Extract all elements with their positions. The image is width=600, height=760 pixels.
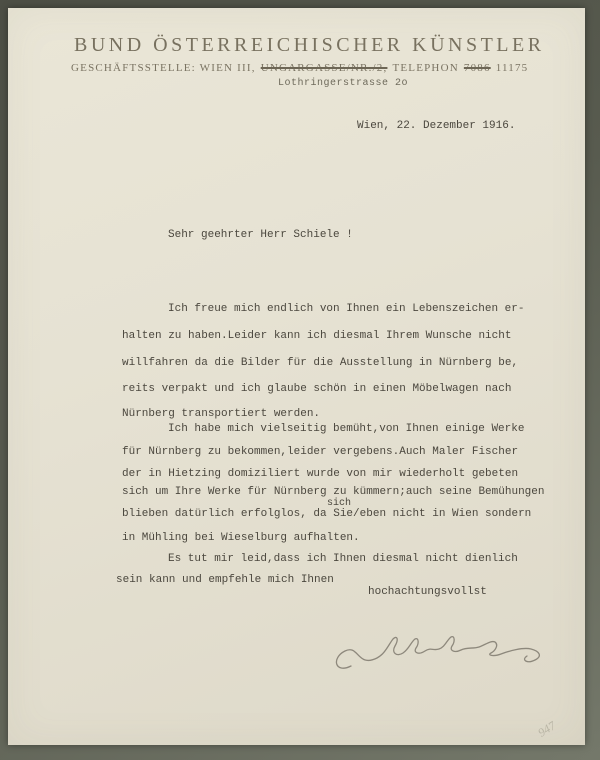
signature-icon	[331, 626, 559, 684]
office-prefix: GESCHÄFTSSTELLE: WIEN III,	[71, 62, 256, 74]
body-line: Es tut mir leid,dass ich Ihnen diesmal n…	[168, 553, 518, 566]
body-line: für Nürnberg zu bekommen,leider vergeben…	[122, 446, 518, 459]
struck-old-address: UNGARGASSE/NR./2,	[261, 62, 388, 74]
body-line: sein kann und empfehle mich Ihnen	[116, 574, 334, 587]
interlinear-insertion: sich	[327, 497, 351, 510]
organization-name: BUND ÖSTERREICHISCHER KÜNSTLER	[74, 34, 545, 57]
letter-sheet: BUND ÖSTERREICHISCHER KÜNSTLER GESCHÄFTS…	[8, 8, 585, 745]
phone-number: 11175	[496, 62, 529, 74]
body-line: halten zu haben.Leider kann ich diesmal …	[122, 330, 511, 343]
telephone-label: TELEPHON	[392, 62, 458, 74]
body-line: willfahren da die Bilder für die Ausstel…	[122, 357, 518, 370]
signature-handwriting	[313, 608, 559, 707]
body-line: Ich freue mich endlich von Ihnen ein Leb…	[168, 303, 524, 316]
body-line: Nürnberg transportiert werden.	[122, 408, 320, 421]
struck-old-phone: 7086	[464, 62, 491, 74]
date-line: Wien, 22. Dezember 1916.	[357, 120, 515, 133]
body-line: reits verpakt und ich glaube schön in ei…	[122, 383, 511, 396]
archive-number: 947	[535, 718, 558, 740]
office-address-line: GESCHÄFTSSTELLE: WIEN III,UNGARGASSE/NR.…	[71, 62, 528, 74]
typed-address-correction: Lothringerstrasse 2o	[278, 78, 408, 89]
body-line: Ich habe mich vielseitig bemüht,von Ihne…	[168, 423, 524, 436]
body-line: der in Hietzing domiziliert wurde von mi…	[122, 468, 518, 481]
closing-formula: hochachtungsvollst	[368, 586, 487, 599]
body-line: in Mühling bei Wieselburg aufhalten.	[122, 532, 360, 545]
salutation: Sehr geehrter Herr Schiele !	[168, 229, 353, 242]
